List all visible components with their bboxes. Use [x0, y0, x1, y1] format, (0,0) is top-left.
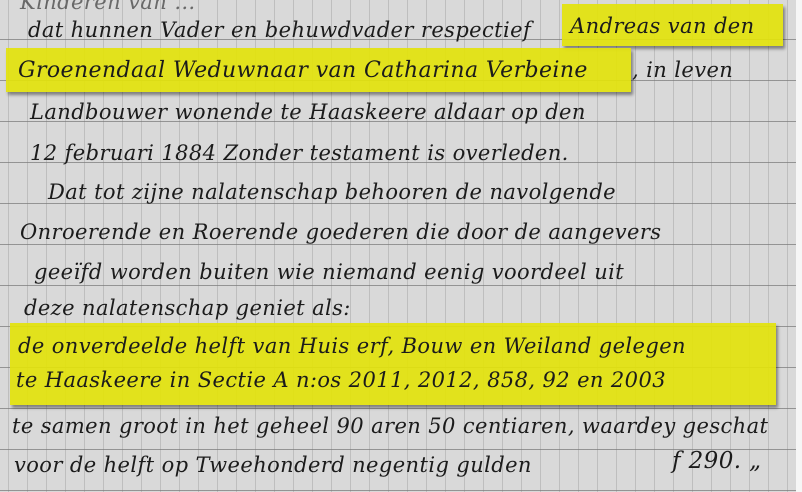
- handwritten-line-highlighted: de onverdeelde helft van Huis erf, Bouw …: [18, 334, 686, 358]
- handwritten-line: geeïfd worden buiten wie niemand eenig v…: [34, 260, 624, 284]
- handwritten-line: dat hunnen Vader en behuwdvader respecti…: [28, 18, 531, 42]
- handwritten-line-highlighted: Groenendaal Weduwnaar van Catharina Verb…: [18, 58, 588, 83]
- handwritten-line-highlighted: Andreas van den: [570, 14, 755, 38]
- handwritten-line: Onroerende en Roerende goederen die door…: [20, 220, 661, 244]
- handwritten-line: , in leven: [632, 58, 733, 82]
- handwritten-line: voor de helft op Tweehonderd negentig gu…: [14, 453, 532, 477]
- handwritten-line: Kinderen van …: [20, 0, 196, 14]
- handwritten-line: Dat tot zijne nalatenschap behooren de n…: [48, 180, 616, 204]
- scanned-document-page: Kinderen van … dat hunnen Vader en behuw…: [0, 0, 796, 492]
- handwritten-line: deze nalatenschap geniet als:: [24, 296, 351, 320]
- handwritten-amount: f 290. „: [672, 448, 761, 474]
- handwritten-line-highlighted: te Haaskeere in Sectie A n:os 2011, 2012…: [16, 368, 666, 392]
- handwritten-line: te samen groot in het geheel 90 aren 50 …: [12, 414, 768, 438]
- page-edge: [796, 0, 802, 492]
- handwritten-line: 12 februari 1884 Zonder testament is ove…: [30, 141, 569, 165]
- handwritten-line: Landbouwer wonende te Haaskeere aldaar o…: [30, 100, 586, 124]
